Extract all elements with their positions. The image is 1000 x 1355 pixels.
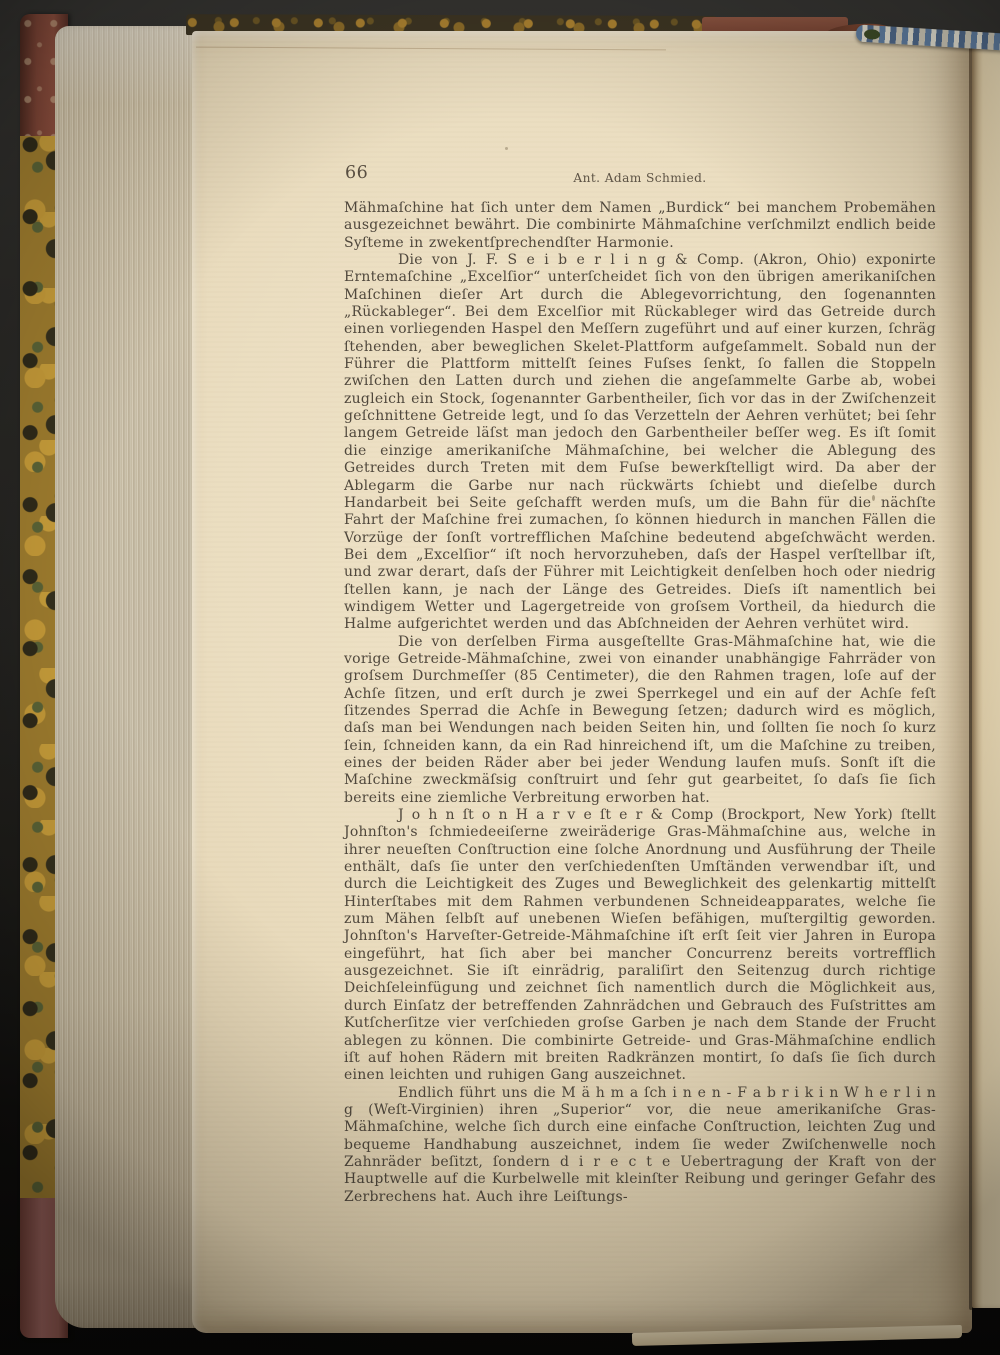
paper-speck [683,1128,687,1131]
fore-edge-page-stack [55,26,205,1328]
page-body-text: Mähmaſchine hat ſich unter dem Namen „Bu… [344,200,936,1206]
facing-page-edge [972,46,1000,1308]
paper-speck [505,147,508,150]
paragraph: Endlich führt uns die M ä h m a ſch i n … [344,1085,936,1206]
paragraph: J o h n ſt o n H a r v e ſt e r & Comp (… [344,807,936,1085]
paper-speck [872,495,875,501]
running-header: Ant. Adam Schmied. [345,171,935,185]
paragraph: Mähmaſchine hat ſich unter dem Namen „Bu… [344,200,936,252]
paragraph: Die von J. F. S e i b e r l i n g & Comp… [344,252,936,634]
book-photo: 66 Ant. Adam Schmied. Mähmaſchine hat ſi… [0,0,1000,1355]
paragraph: Die von derſelben Firma ausgeſtellte Gra… [344,634,936,807]
